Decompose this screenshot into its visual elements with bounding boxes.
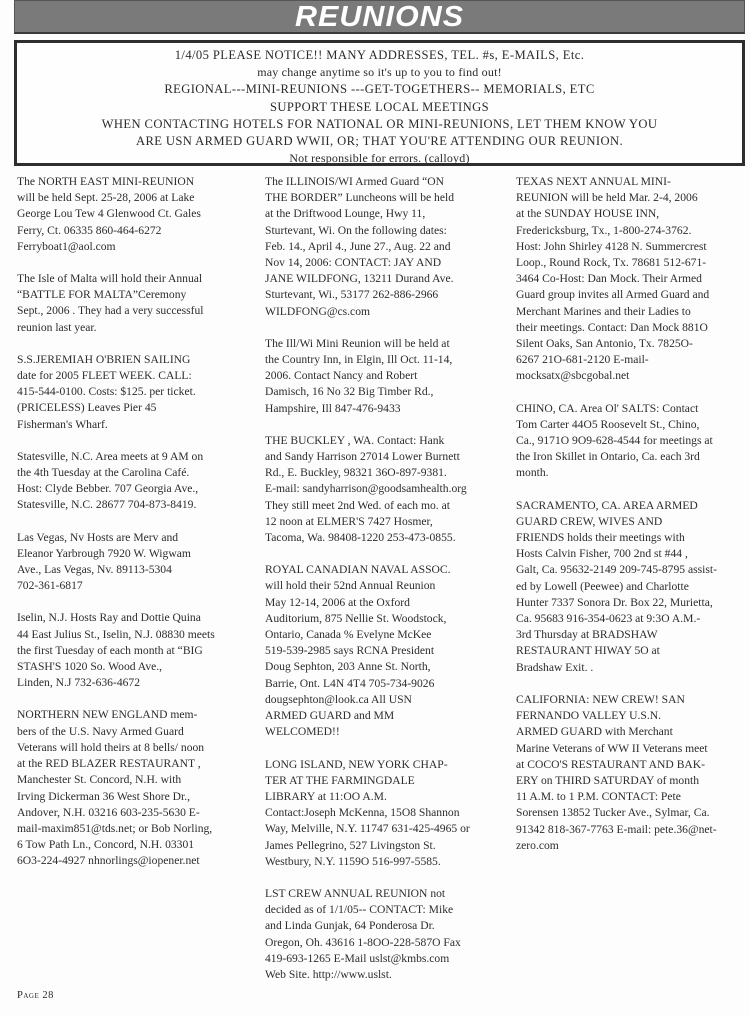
entry-line: Nov 14, 2006: CONTACT: JAY AND: [265, 255, 510, 271]
entry-line: (PRICELESS) Leaves Pier 45: [17, 400, 257, 416]
entry-line: Way, Melville, N.Y. 11747 631-425-4965 o…: [265, 821, 510, 837]
entry-line: Rd., E. Buckley, 98321 36O-897-9381.: [265, 465, 510, 481]
entry-line: ed by Lowell (Peewee) and Charlotte: [516, 579, 748, 595]
entry-line: CALIFORNIA: NEW CREW! SAN: [516, 692, 748, 708]
entry-line: Ca., 9171O 9O9-628-4544 for meetings at: [516, 433, 748, 449]
entry-line: 44 East Julius St., Iselin, N.J. 08830 m…: [17, 627, 257, 643]
entry-line: Bradshaw Exit. .: [516, 660, 748, 676]
entry-line: Oregon, Oh. 43616 1-8OO-228-587O Fax: [265, 935, 510, 951]
entry-line: Ca. 95683 916-354-0623 at 9:3O A.M.-: [516, 611, 748, 627]
entry-line: Irving Dickerman 36 West Shore Dr.,: [17, 789, 257, 805]
entry-line: Damisch, 16 No 32 Big Timber Rd.,: [265, 384, 510, 400]
entry-line: Fisherman's Wharf.: [17, 417, 257, 433]
entry-line: “BATTLE FOR MALTA”Ceremony: [17, 287, 257, 303]
reunion-entry: NORTHERN NEW ENGLAND mem-bers of the U.S…: [17, 707, 257, 869]
entry-line: Las Vegas, Nv Hosts are Merv and: [17, 530, 257, 546]
notice-line: Not responsible for errors. (calloyd): [17, 150, 742, 167]
entry-line: RESTAURANT HIWAY 5O at: [516, 643, 748, 659]
entry-line: ARMED GUARD with Merchant: [516, 724, 748, 740]
entry-line: Iselin, N.J. Hosts Ray and Dottie Quina: [17, 610, 257, 626]
entry-line: Barrie, Ont. L4N 4T4 705-734-9026: [265, 676, 510, 692]
entry-line: 702-361-6817: [17, 578, 257, 594]
entry-line: will be held Sept. 25-28, 2006 at Lake: [17, 190, 257, 206]
entry-line: Ontario, Canada % Evelyne McKee: [265, 627, 510, 643]
entry-line: The Ill/Wi Mini Reunion will be held at: [265, 336, 510, 352]
entry-line: TER AT THE FARMINGDALE: [265, 773, 510, 789]
entry-line: Galt, Ca. 95632-2149 209-745-8795 assist…: [516, 562, 748, 578]
entry-line: CHINO, CA. Area Ol' SALTS: Contact: [516, 401, 748, 417]
reunion-entry: S.S.JEREMIAH O'BRIEN SAILINGdate for 200…: [17, 352, 257, 433]
entry-line: the Iron Skillet in Ontario, Ca. each 3r…: [516, 449, 748, 465]
column-middle: The ILLINOIS/WI Armed Guard “ONTHE BORDE…: [265, 174, 510, 999]
entry-line: 419-693-1265 E-Mail uslst@kmbs.com: [265, 951, 510, 967]
entry-line: and Linda Gunjak, 64 Ponderosa Dr.: [265, 918, 510, 934]
entry-line: at the SUNDAY HOUSE INN,: [516, 206, 748, 222]
reunion-entry: CHINO, CA. Area Ol' SALTS: ContactTom Ca…: [516, 401, 748, 482]
entry-line: E-mail: sandyharrison@goodsamhealth.org: [265, 481, 510, 497]
entry-line: zero.com: [516, 838, 748, 854]
reunion-entry: LONG ISLAND, NEW YORK CHAP-TER AT THE FA…: [265, 757, 510, 870]
entry-line: Host: John Shirley 4128 N. Summercrest: [516, 239, 748, 255]
reunion-entry: SACRAMENTO, CA. AREA ARMEDGUARD CREW, WI…: [516, 498, 748, 676]
entry-line: Linden, N.J 732-636-4672: [17, 675, 257, 691]
entry-line: Doug Sephton, 203 Anne St. North,: [265, 659, 510, 675]
entry-line: The NORTH EAST MINI-REUNION: [17, 174, 257, 190]
notice-line: may change anytime so it's up to you to …: [17, 64, 742, 81]
entry-line: Silent Oaks, San Antonio, Tx. 7825O-: [516, 336, 748, 352]
entry-line: 91342 818-367-7763 E-mail: pete.36@net-: [516, 822, 748, 838]
entry-line: GUARD CREW, WIVES AND: [516, 514, 748, 530]
reunion-entry: THE BUCKLEY , WA. Contact: Hankand Sandy…: [265, 433, 510, 546]
entry-line: dougsephton@look.ca All USN: [265, 692, 510, 708]
page-number: Page 28: [17, 990, 54, 1001]
reunion-entry: The ILLINOIS/WI Armed Guard “ONTHE BORDE…: [265, 174, 510, 320]
entry-line: NORTHERN NEW ENGLAND mem-: [17, 707, 257, 723]
entry-line: Sturtevant, Wi. On the following dates:: [265, 223, 510, 239]
entry-line: TEXAS NEXT ANNUAL MINI-: [516, 174, 748, 190]
entry-line: and Sandy Harrison 27014 Lower Burnett: [265, 449, 510, 465]
entry-line: the Country Inn, in Elgin, Ill Oct. 11-1…: [265, 352, 510, 368]
entry-line: The Isle of Malta will hold their Annual: [17, 271, 257, 287]
entry-line: at the RED BLAZER RESTAURANT ,: [17, 756, 257, 772]
entry-line: 415-544-0100. Costs: $125. per ticket.: [17, 384, 257, 400]
entry-line: the 4th Tuesday at the Carolina Café.: [17, 465, 257, 481]
entry-line: Sturtevant, Wi., 53177 262-886-2966: [265, 287, 510, 303]
entry-line: Statesville, N.C. Area meets at 9 AM on: [17, 449, 257, 465]
entry-line: 6 Tow Path Ln., Concord, N.H. 03301: [17, 837, 257, 853]
entry-line: Ferry, Ct. 06335 860-464-6272: [17, 223, 257, 239]
entry-line: 2006. Contact Nancy and Robert: [265, 368, 510, 384]
notice-line: SUPPORT THESE LOCAL MEETINGS: [17, 99, 742, 116]
entry-line: Fredericksburg, Tx., 1-800-274-3762.: [516, 223, 748, 239]
entry-line: Guard group invites all Armed Guard and: [516, 287, 748, 303]
entry-line: FERNANDO VALLEY U.S.N.: [516, 708, 748, 724]
entry-line: reunion last year.: [17, 320, 257, 336]
entry-line: LST CREW ANNUAL REUNION not: [265, 886, 510, 902]
entry-line: Loop., Round Rock, Tx. 78681 512-671-: [516, 255, 748, 271]
entry-line: Sorensen 13852 Tucker Ave., Sylmar, Ca.: [516, 805, 748, 821]
entry-line: Westbury, N.Y. 1159O 516-997-5585.: [265, 854, 510, 870]
entry-line: FRIENDS holds their meetings with: [516, 530, 748, 546]
reunion-entry: Iselin, N.J. Hosts Ray and Dottie Quina4…: [17, 610, 257, 691]
entry-line: Feb. 14., April 4., June 27., Aug. 22 an…: [265, 239, 510, 255]
entry-line: Andover, N.H. 03216 603-235-5630 E-: [17, 805, 257, 821]
reunion-entry: ROYAL CANADIAN NAVAL ASSOC.will hold the…: [265, 562, 510, 740]
reunion-entry: The Isle of Malta will hold their Annual…: [17, 271, 257, 336]
entry-line: 12 noon at ELMER'S 7427 Hosmer,: [265, 514, 510, 530]
entry-line: 3rd Thursday at BRADSHAW: [516, 627, 748, 643]
entry-line: Eleanor Yarbrough 7920 W. Wigwam: [17, 546, 257, 562]
entry-line: 3464 Co-Host: Dan Mock. Their Armed: [516, 271, 748, 287]
entry-line: Tom Carter 44O5 Roosevelt St., Chino,: [516, 417, 748, 433]
entry-line: bers of the U.S. Navy Armed Guard: [17, 724, 257, 740]
entry-line: at COCO'S RESTAURANT AND BAK-: [516, 757, 748, 773]
notice-line: 1/4/05 PLEASE NOTICE!! MANY ADDRESSES, T…: [17, 47, 742, 64]
entry-line: George Lou Tew 4 Glenwood Ct. Gales: [17, 206, 257, 222]
column-right: TEXAS NEXT ANNUAL MINI-REUNION will be h…: [516, 174, 748, 870]
entry-line: 11 A.M. to 1 P.M. CONTACT: Pete: [516, 789, 748, 805]
entry-line: their meetings. Contact: Dan Mock 881O: [516, 320, 748, 336]
reunion-entry: LST CREW ANNUAL REUNION notdecided as of…: [265, 886, 510, 983]
entry-line: Statesville, N.C. 28677 704-873-8419.: [17, 497, 257, 513]
entry-line: May 12-14, 2006 at the Oxford: [265, 595, 510, 611]
entry-line: THE BUCKLEY , WA. Contact: Hank: [265, 433, 510, 449]
entry-line: Web Site. http://www.uslst.: [265, 967, 510, 983]
entry-line: 6267 21O-681-2120 E-mail-: [516, 352, 748, 368]
entry-line: date for 2005 FLEET WEEK. CALL:: [17, 368, 257, 384]
entry-line: Hunter 7337 Sonora Dr. Box 22, Murietta,: [516, 595, 748, 611]
entry-line: They still meet 2nd Wed. of each mo. at: [265, 498, 510, 514]
entry-line: 6O3-224-4927 nhnorlings@iopener.net: [17, 853, 257, 869]
entry-line: Host: Clyde Bebber. 707 Georgia Ave.,: [17, 481, 257, 497]
entry-line: S.S.JEREMIAH O'BRIEN SAILING: [17, 352, 257, 368]
reunion-entry: TEXAS NEXT ANNUAL MINI-REUNION will be h…: [516, 174, 748, 385]
entry-line: Sept., 2006 . They had a very successful: [17, 303, 257, 319]
entry-line: WILDFONG@cs.com: [265, 304, 510, 320]
page-title: REUNIONS: [295, 1, 464, 33]
entry-line: mail-maxim851@tds.net; or Bob Norling,: [17, 821, 257, 837]
entry-line: the first Tuesday of each month at “BIG: [17, 643, 257, 659]
entry-line: month.: [516, 465, 748, 481]
entry-line: James Pellegrino, 527 Livingston St.: [265, 838, 510, 854]
entry-line: LIBRARY at 11:OO A.M.: [265, 789, 510, 805]
entry-line: THE BORDER” Luncheons will be held: [265, 190, 510, 206]
notice-line: ARE USN ARMED GUARD WWII, OR; THAT YOU'R…: [17, 133, 742, 150]
entry-line: REUNION will be held Mar. 2-4, 2006: [516, 190, 748, 206]
entry-line: LONG ISLAND, NEW YORK CHAP-: [265, 757, 510, 773]
header-bar: REUNIONS: [14, 0, 745, 34]
entry-line: Veterans will hold theirs at 8 bells/ no…: [17, 740, 257, 756]
entry-line: Hosts Calvin Fisher, 700 2nd st #44 ,: [516, 546, 748, 562]
reunion-entry: Las Vegas, Nv Hosts are Merv andEleanor …: [17, 530, 257, 595]
entry-line: Hampshire, Ill 847-476-9433: [265, 401, 510, 417]
entry-line: Contact:Joseph McKenna, 15O8 Shannon: [265, 805, 510, 821]
entry-line: decided as of 1/1/05-- CONTACT: Mike: [265, 902, 510, 918]
entry-line: Ferryboat1@aol.com: [17, 239, 257, 255]
entry-line: ERY on THIRD SATURDAY of month: [516, 773, 748, 789]
entry-line: ARMED GUARD and MM: [265, 708, 510, 724]
entry-line: ROYAL CANADIAN NAVAL ASSOC.: [265, 562, 510, 578]
entry-line: mocksatx@sbcgobal.net: [516, 368, 748, 384]
entry-line: Manchester St. Concord, N.H. with: [17, 772, 257, 788]
entry-line: Merchant Marines and their Ladies to: [516, 304, 748, 320]
notice-box: 1/4/05 PLEASE NOTICE!! MANY ADDRESSES, T…: [14, 40, 745, 166]
entry-line: WELCOMED!!: [265, 724, 510, 740]
reunion-entry: CALIFORNIA: NEW CREW! SANFERNANDO VALLEY…: [516, 692, 748, 854]
entry-line: The ILLINOIS/WI Armed Guard “ON: [265, 174, 510, 190]
entry-line: Tacoma, Wa. 98408-1220 253-473-0855.: [265, 530, 510, 546]
notice-line: WHEN CONTACTING HOTELS FOR NATIONAL OR M…: [17, 116, 742, 133]
entry-line: Auditorium, 875 Nellie St. Woodstock,: [265, 611, 510, 627]
column-left: The NORTH EAST MINI-REUNIONwill be held …: [17, 174, 257, 886]
entry-line: at the Driftwood Lounge, Hwy 11,: [265, 206, 510, 222]
entry-line: Ave., Las Vegas, Nv. 89113-5304: [17, 562, 257, 578]
reunion-entry: Statesville, N.C. Area meets at 9 AM ont…: [17, 449, 257, 514]
reunion-entry: The NORTH EAST MINI-REUNIONwill be held …: [17, 174, 257, 255]
entry-line: Marine Veterans of WW II Veterans meet: [516, 741, 748, 757]
notice-line: REGIONAL---MINI-REUNIONS ---GET-TOGETHER…: [17, 81, 742, 98]
entry-line: JANE WILDFONG, 13211 Durand Ave.: [265, 271, 510, 287]
entry-line: will hold their 52nd Annual Reunion: [265, 578, 510, 594]
entry-line: 519-539-2985 says RCNA President: [265, 643, 510, 659]
entry-line: SACRAMENTO, CA. AREA ARMED: [516, 498, 748, 514]
entry-line: STASH'S 1020 So. Wood Ave.,: [17, 659, 257, 675]
reunion-entry: The Ill/Wi Mini Reunion will be held att…: [265, 336, 510, 417]
